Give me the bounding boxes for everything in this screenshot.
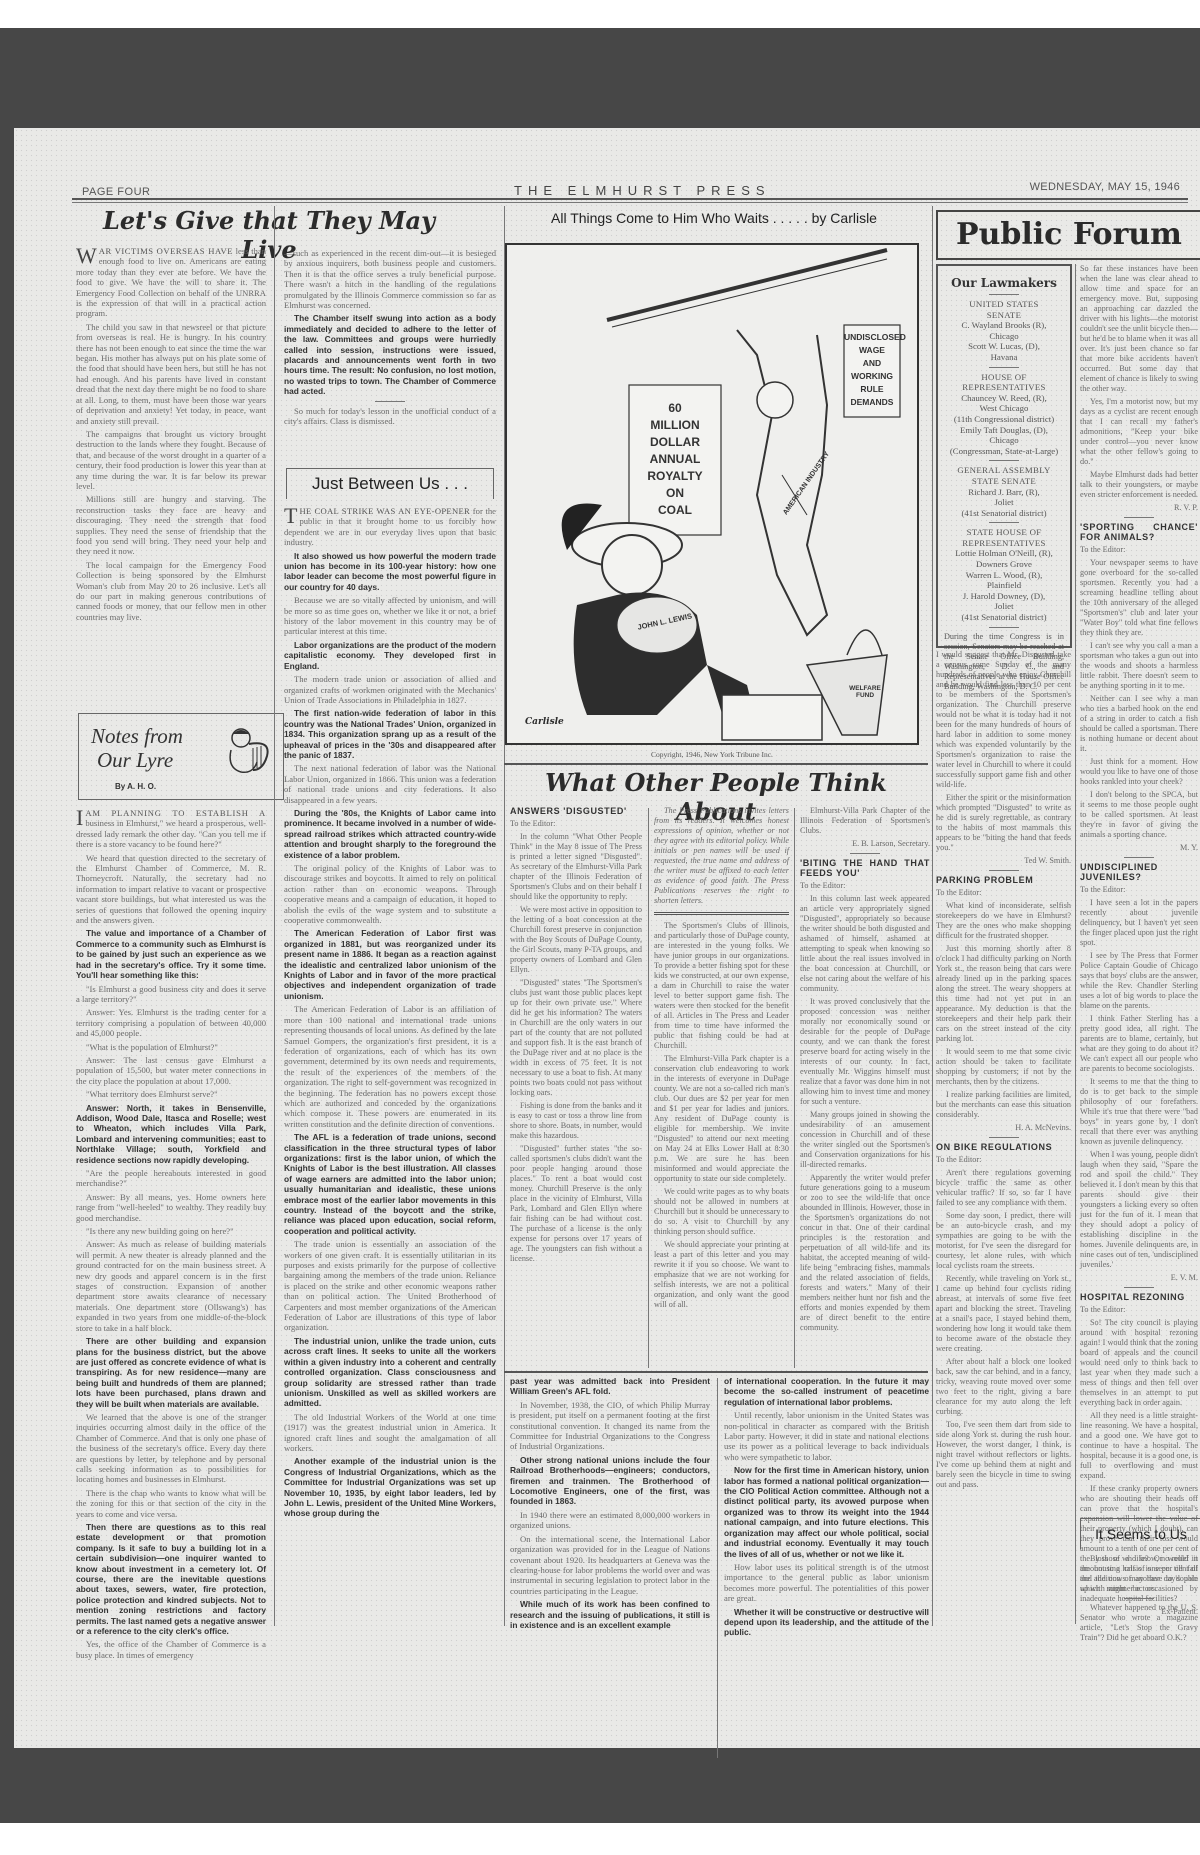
column-divider bbox=[274, 206, 275, 1626]
masthead: PAGE FOUR THE ELMHURST PRESS WEDNESDAY, … bbox=[14, 178, 1200, 200]
lets-give-article: W AR VICTIMS OVERSEAS HAVE less than eno… bbox=[76, 246, 266, 625]
masthead-rule bbox=[72, 198, 1188, 203]
cherub-with-lyre-icon bbox=[219, 722, 279, 782]
it-seems-box: It Seems to Us bbox=[1080, 1518, 1200, 1549]
lawmaker-group: UNITED STATES SENATE C. Wayland Brooks (… bbox=[938, 299, 1070, 363]
page-label: PAGE FOUR bbox=[82, 186, 150, 198]
lawmakers-list: UNITED STATES SENATE C. Wayland Brooks (… bbox=[938, 299, 1070, 692]
cartoon-sign-demands: UNDISCLOSED WAGE AND WORKING RULE DEMAND… bbox=[844, 331, 900, 409]
cartoon-label-welfare: WELFARE FUND bbox=[847, 685, 883, 699]
lawmaker-group: STATE HOUSE OF REPRESENTATIVES Lottie Ho… bbox=[938, 527, 1070, 622]
paragraph: The child you saw in that newsreel or th… bbox=[76, 322, 266, 426]
chamber-article-cont: —such as experienced in the recent dim-o… bbox=[284, 248, 496, 430]
just-between-box: Just Between Us . . . bbox=[286, 468, 494, 499]
forum-col-a: I would suggest that Mr. Disgusted take … bbox=[936, 650, 1071, 1493]
section-rule bbox=[504, 763, 928, 765]
letters-col-c: Elmhurst-Villa Park Chapter of the Illin… bbox=[800, 806, 930, 1336]
public-forum-headline: Public Forum bbox=[938, 212, 1200, 258]
notes-lyre-title-2: Our Lyre bbox=[91, 748, 183, 772]
cartoon-sign-royalty: 60 MILLION DOLLAR ANNUAL ROYALTY ON COAL bbox=[629, 400, 721, 519]
cartoon-title: All Things Come to Him Who Waits . . . .… bbox=[504, 210, 924, 226]
bottom-margin bbox=[0, 1823, 1200, 1855]
letter-answers-disgusted: ANSWERS 'DISGUSTED' To the Editor: In th… bbox=[510, 806, 642, 1267]
column-divider bbox=[932, 206, 933, 1626]
notes-lyre-article: I AM PLANNING TO ESTABLISH A business in… bbox=[76, 808, 266, 1663]
lawmaker-group: GENERAL ASSEMBLY STATE SENATE Richard J.… bbox=[938, 465, 1070, 518]
forum-col-b: So far these instances have been when th… bbox=[1080, 264, 1198, 1620]
labor-cont-right: of international cooperation. In the fut… bbox=[724, 1376, 929, 1641]
it-seems-article: By those who know, no relief in the hous… bbox=[1080, 1554, 1198, 1646]
lawmakers-title: Our Lawmakers bbox=[938, 276, 1070, 290]
lawmaker-group: HOUSE OF REPRESENTATIVES Chauncey W. Ree… bbox=[938, 372, 1070, 457]
newspaper-page: PAGE FOUR THE ELMHURST PRESS WEDNESDAY, … bbox=[14, 128, 1200, 1748]
cartoon-copyright: Copyright, 1946, New York Tribune Inc. bbox=[505, 750, 919, 759]
dropcap: W bbox=[76, 246, 97, 266]
cartoon-signature: Carlisle bbox=[525, 717, 564, 727]
letters-col-b: The Press Publications invites letters f… bbox=[654, 806, 789, 1313]
it-seems-headline: It Seems to Us bbox=[1081, 1519, 1200, 1549]
editor-note: The Press Publications invites letters f… bbox=[654, 806, 789, 906]
paragraph: The local campaign for the Emergency Foo… bbox=[76, 560, 266, 622]
notes-lyre-box: Notes from Our Lyre By A. H. O. bbox=[78, 713, 284, 800]
just-between-headline: Just Between Us . . . bbox=[287, 469, 493, 499]
issue-date: WEDNESDAY, MAY 15, 1946 bbox=[1030, 181, 1180, 193]
editorial-cartoon: 60 MILLION DOLLAR ANNUAL ROYALTY ON COAL… bbox=[505, 243, 919, 745]
just-between-article: T HE COAL STRIKE WAS AN EYE-OPENER for t… bbox=[284, 506, 496, 1522]
labor-cont-left: past year was admitted back into Preside… bbox=[510, 1376, 710, 1633]
notes-lyre-title-1: Notes from bbox=[91, 724, 183, 748]
paragraph: The campaigns that brought us victory br… bbox=[76, 429, 266, 491]
paper-name: THE ELMHURST PRESS bbox=[514, 183, 771, 198]
lets-give-lead: W AR VICTIMS OVERSEAS HAVE less than eno… bbox=[76, 246, 266, 319]
paragraph: Millions still are hungry and starving. … bbox=[76, 494, 266, 556]
public-forum-box: Public Forum bbox=[936, 210, 1200, 260]
lawmakers-box: Our Lawmakers UNITED STATES SENATE C. Wa… bbox=[936, 264, 1072, 648]
notes-lyre-byline: By A. H. O. bbox=[115, 782, 156, 791]
